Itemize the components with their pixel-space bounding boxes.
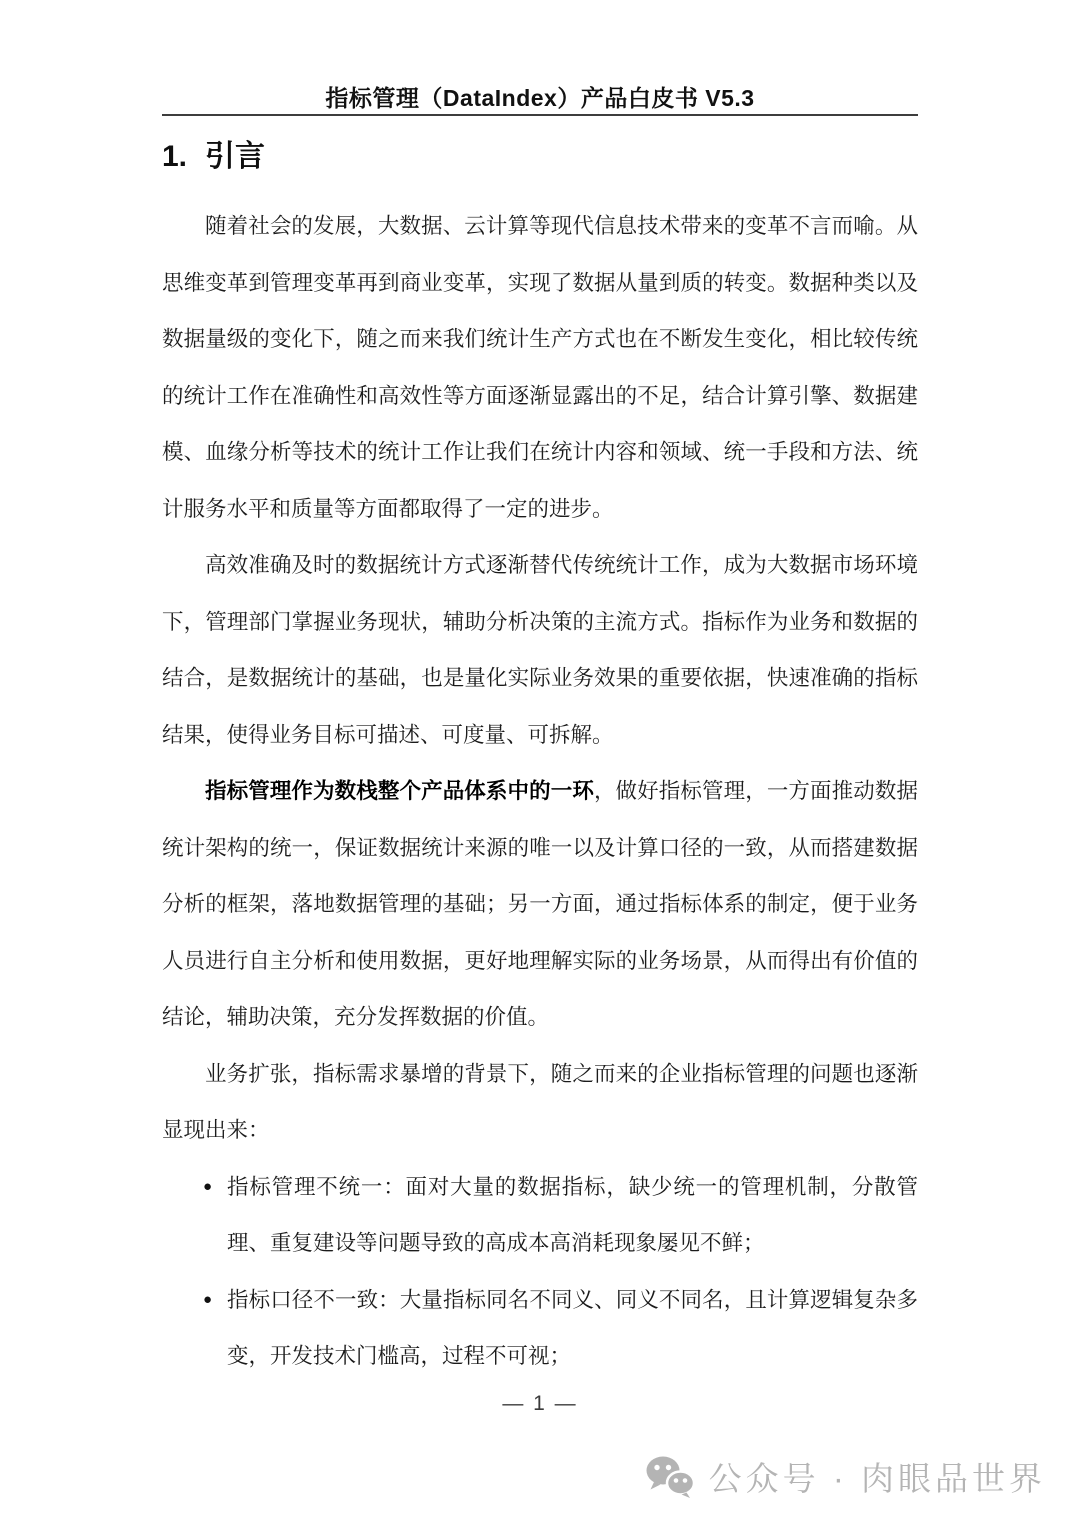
page-header: 指标管理（DataIndex）产品白皮书 V5.3	[0, 80, 1080, 113]
page-number: — 1 —	[0, 1376, 1080, 1433]
header-divider	[162, 114, 918, 116]
section-heading: 1. 引言	[162, 131, 265, 175]
wechat-icon	[645, 1455, 695, 1499]
list-item-text: 指标管理不统一：面对大量的数据指标，缺少统一的管理机制，分散管理、重复建设等问题…	[227, 1159, 918, 1272]
list-item: ● 指标口径不一致：大量指标同名不同义、同义不同名，且计算逻辑复杂多变，开发技术…	[162, 1272, 918, 1385]
paragraph-product: 指标管理作为数栈整个产品体系中的一环，做好指标管理，一方面推动数据统计架构的统一…	[162, 763, 918, 1046]
document-page: 指标管理（DataIndex）产品白皮书 V5.3 1. 引言 随着社会的发展，…	[0, 0, 1080, 1527]
paragraph-intro: 随着社会的发展，大数据、云计算等现代信息技术带来的变革不言而喻。从思维变革到管理…	[162, 198, 918, 537]
list-item-text: 指标口径不一致：大量指标同名不同义、同义不同名，且计算逻辑复杂多变，开发技术门槛…	[227, 1272, 918, 1385]
paragraph-problems: 业务扩张，指标需求暴增的背景下，随之而来的企业指标管理的问题也逐渐显现出来：	[162, 1046, 918, 1159]
header-title: 指标管理（DataIndex）产品白皮书 V5.3	[325, 85, 754, 111]
bullet-icon: ●	[203, 1159, 227, 1216]
paragraph-statistics: 高效准确及时的数据统计方式逐渐替代传统统计工作，成为大数据市场环境下，管理部门掌…	[162, 537, 918, 763]
paragraph-rest: ，做好指标管理，一方面推动数据统计架构的统一，保证数据统计来源的唯一以及计算口径…	[162, 779, 918, 1029]
paragraph-bold-lead: 指标管理作为数栈整个产品体系中的一环	[205, 779, 594, 803]
section-title: 引言	[205, 131, 265, 175]
watermark: 公众号 · 肉眼品世界	[645, 1453, 1046, 1500]
watermark-text: 公众号 · 肉眼品世界	[709, 1453, 1046, 1500]
list-item: ● 指标管理不统一：面对大量的数据指标，缺少统一的管理机制，分散管理、重复建设等…	[162, 1159, 918, 1272]
document-body: 随着社会的发展，大数据、云计算等现代信息技术带来的变革不言而喻。从思维变革到管理…	[162, 198, 918, 1385]
bullet-icon: ●	[203, 1272, 227, 1329]
section-number: 1.	[162, 140, 187, 174]
